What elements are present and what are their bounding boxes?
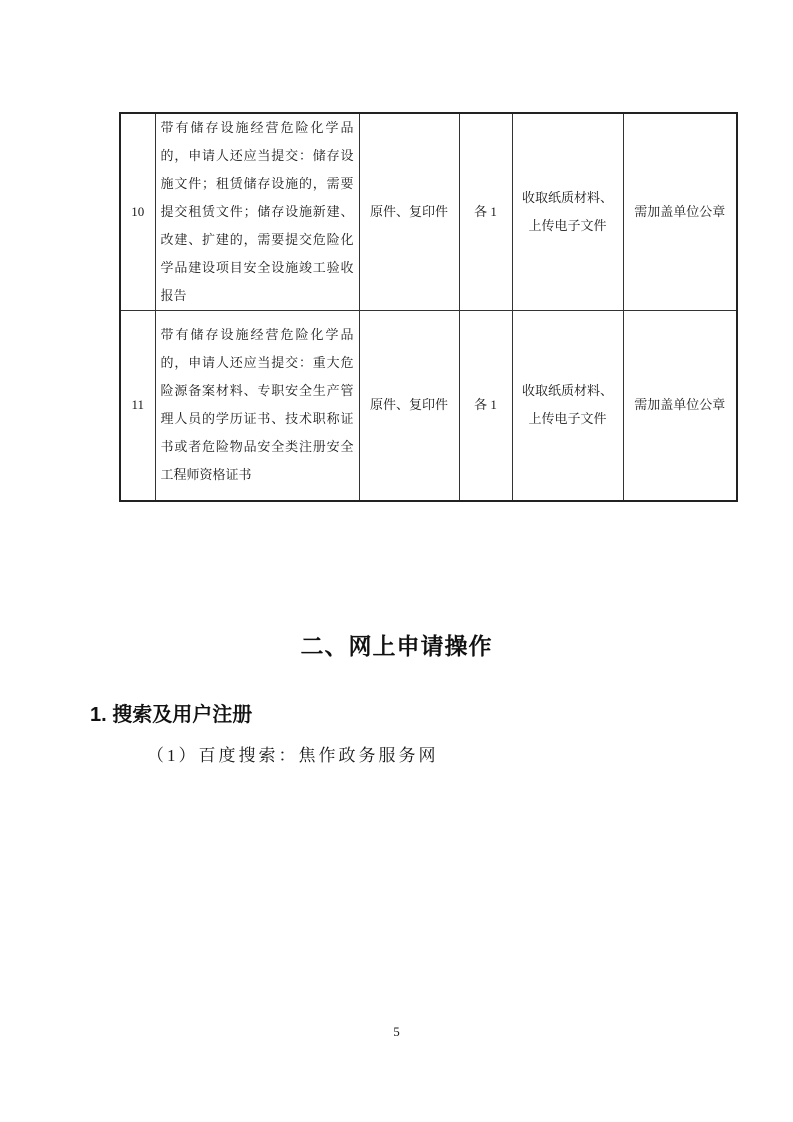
subsection-title: 1. 搜索及用户注册 bbox=[90, 698, 252, 727]
cell-material-desc: 带有储存设施经营危险化学品的，申请人还应当提交：重大危险源备案材料、专职安全生产… bbox=[155, 311, 359, 501]
table-row: 10 带有储存设施经营危险化学品的，申请人还应当提交：储存设施文件；租赁储存设施… bbox=[120, 113, 737, 311]
section-title: 二、网上申请操作 bbox=[0, 628, 793, 661]
cell-note: 需加盖单位公章 bbox=[623, 113, 737, 311]
cell-count: 各 1 bbox=[459, 113, 512, 311]
cell-note: 需加盖单位公章 bbox=[623, 311, 737, 501]
materials-table: 10 带有储存设施经营危险化学品的，申请人还应当提交：储存设施文件；租赁储存设施… bbox=[119, 112, 738, 502]
cell-method: 收取纸质材料、上传电子文件 bbox=[512, 311, 623, 501]
page-number: 5 bbox=[0, 1024, 793, 1040]
cell-material-desc: 带有储存设施经营危险化学品的，申请人还应当提交：储存设施文件；租赁储存设施的，需… bbox=[155, 113, 359, 311]
paragraph-text: （1）百度搜索：焦作政务服务网 bbox=[147, 741, 439, 766]
cell-form: 原件、复印件 bbox=[359, 113, 459, 311]
cell-method: 收取纸质材料、上传电子文件 bbox=[512, 113, 623, 311]
cell-form: 原件、复印件 bbox=[359, 311, 459, 501]
cell-row-number: 10 bbox=[120, 113, 155, 311]
table-row: 11 带有储存设施经营危险化学品的，申请人还应当提交：重大危险源备案材料、专职安… bbox=[120, 311, 737, 501]
cell-count: 各 1 bbox=[459, 311, 512, 501]
cell-row-number: 11 bbox=[120, 311, 155, 501]
